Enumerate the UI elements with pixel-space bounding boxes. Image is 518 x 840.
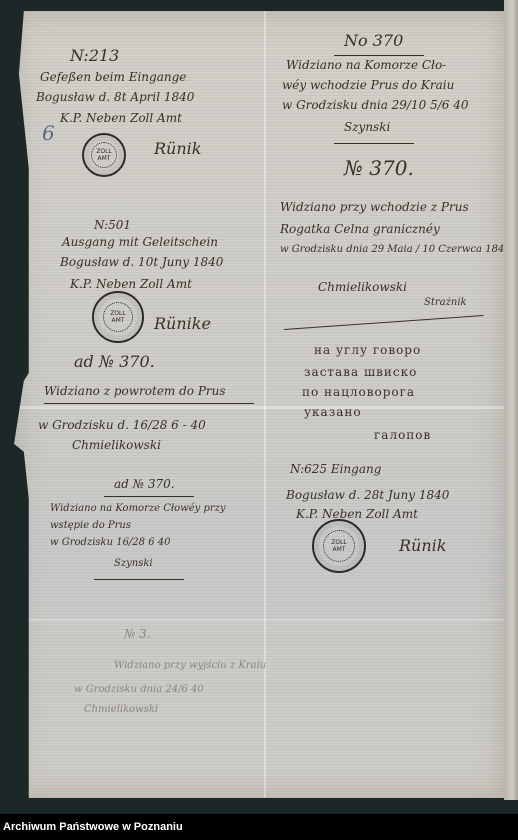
flourish-line [284,315,484,330]
entry-number: № 370. [344,158,414,178]
official-title: Strażnik [424,298,467,308]
underline [104,496,194,497]
handwritten-line: w Grodzisku d. 16/28 6 - 40 [38,419,206,431]
handwritten-line: wéy wchodzie Prus do Kraiu [282,79,454,91]
faint-handwritten-line: № 3. [124,628,151,640]
handwritten-line: w Grodzisku dnia 29/10 5/6 40 [282,99,468,111]
handwritten-line: Bogusław d. 10t Juny 1840 [60,256,223,268]
signature: Szynski [344,121,390,133]
entry-number: N:625 Eingang [290,463,381,475]
cyrillic-line: застава швиско [304,366,417,378]
handwritten-line: Widziano na Komorze Cło- [286,59,446,71]
signature: Szynski [114,559,153,569]
entry-number: N:501 [94,219,131,231]
document-scan: N:213 Gefeßen beim Eingange Bogusław d. … [14,11,506,798]
adjacent-page-edge [504,0,518,800]
entry-number: No 370 [344,33,403,49]
customs-stamp: ZOLL AMT [312,519,366,573]
faint-handwritten-line: Chmielikowski [84,705,158,715]
strike-line [94,579,184,580]
cyrillic-line: по нацловорога [302,386,415,398]
margin-note: 6 [42,123,55,143]
faint-handwritten-line: Widziano przy wyjściu z Kraiu [114,661,266,671]
handwritten-line: Gefeßen beim Eingange [40,71,186,83]
handwritten-line: Bogusław d. 8t April 1840 [36,91,194,103]
paper-fold-vertical [264,11,266,798]
cyrillic-line: указано [304,406,362,418]
handwritten-line: wstępie do Prus [50,521,131,531]
cyrillic-line: на углу говоро [314,344,421,356]
signature: Rünik [154,141,201,157]
entry-number: N:213 [70,48,119,64]
customs-stamp: ZOLL AMT [82,133,126,177]
paper-fold-horizontal [14,406,506,409]
handwritten-line: Ausgang mit Geleitschein [62,236,218,248]
handwritten-line: Bogusław d. 28t Juny 1840 [286,489,449,501]
faint-handwritten-line: w Grodzisku dnia 24/6 40 [74,685,204,695]
signature: Rünike [154,316,211,332]
signature: Chmielikowski [318,281,407,293]
underline [44,403,254,404]
cyrillic-line: галопов [374,429,431,441]
handwritten-line: w Grodzisku dnia 29 Maia / 10 Czerwca 18… [280,245,511,255]
handwritten-line: K.P. Neben Zoll Amt [296,508,418,520]
signature: Rünik [399,538,446,554]
paper-fold-horizontal-lower [14,619,506,621]
handwritten-line: Widziano przy wchodzie z Prus [280,201,469,213]
handwritten-line: Rogatka Celna granicznéy [280,223,440,235]
handwritten-line: Widziano z powrotem do Prus [44,385,226,397]
entry-number: ad № 370. [114,478,175,490]
customs-stamp: ZOLL AMT [92,291,144,343]
underline [334,55,424,56]
handwritten-line: K.P. Neben Zoll Amt [60,112,182,124]
handwritten-line: K.P. Neben Zoll Amt [70,278,192,290]
handwritten-line: w Grodzisku 16/28 6 40 [50,538,170,548]
footer-bar: Archiwum Państwowe w Poznaniu [0,814,518,840]
handwritten-line: Widziano na Komorze Cłowéy przy [50,504,226,514]
document-viewer[interactable]: N:213 Gefeßen beim Eingange Bogusław d. … [0,0,518,814]
archive-name: Archiwum Państwowe w Poznaniu [0,821,183,833]
reference-number: ad № 370. [74,354,155,370]
signature: Chmielikowski [72,439,161,451]
strike-line [334,143,414,144]
